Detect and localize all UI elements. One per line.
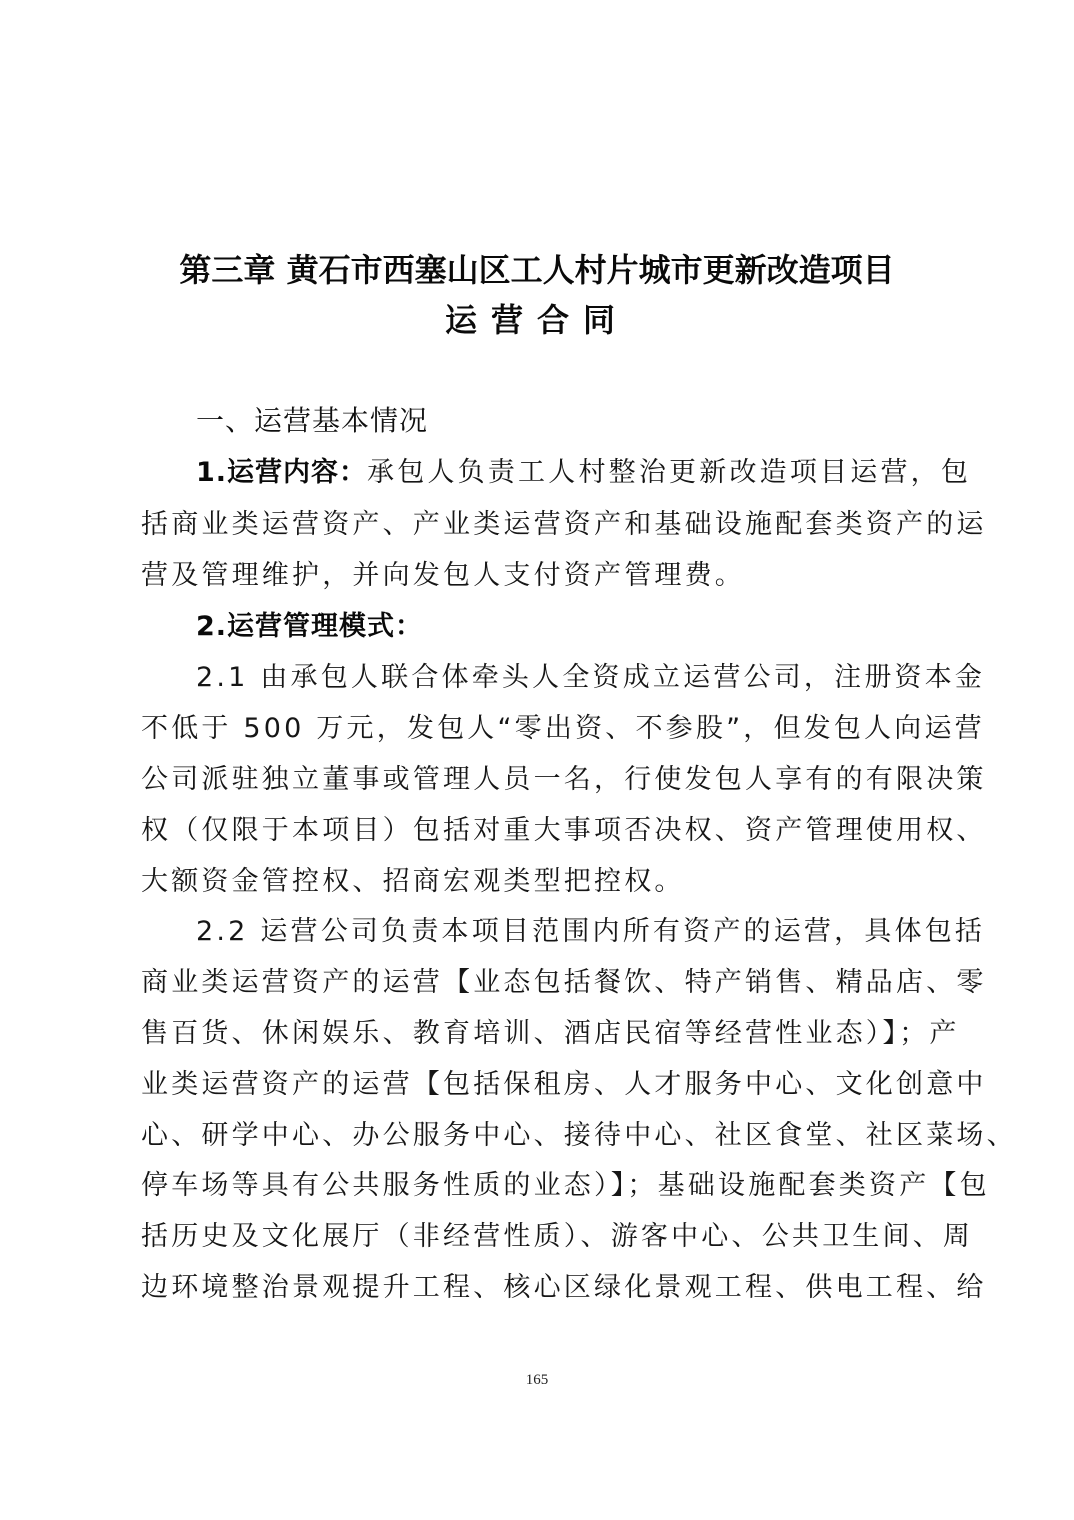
paragraph-line: 括商业类运营资产、产业类运营资产和基础设施配套类资产的运 <box>141 507 941 543</box>
paragraph-line: 1.运营内容：承包人负责工人村整治更新改造项目运营，包 <box>196 455 941 491</box>
paragraph-line: 业类运营资产的运营【包括保租房、人才服务中心、文化创意中 <box>141 1067 941 1103</box>
item-label: 1.运营内容： <box>196 457 367 488</box>
chapter-title: 第三章 黄石市西塞山区工人村片城市更新改造项目 <box>0 250 1074 290</box>
paragraph-line: 2.2 运营公司负责本项目范围内所有资产的运营，具体包括 <box>196 914 941 950</box>
paragraph-line: 边环境整治景观提升工程、核心区绿化景观工程、供电工程、给 <box>141 1270 941 1306</box>
paragraph-line: 权（仅限于本项目）包括对重大事项否决权、资产管理使用权、 <box>141 813 941 849</box>
page-number: 165 <box>0 1372 1074 1389</box>
paragraph-line: 心、研学中心、办公服务中心、接待中心、社区食堂、社区菜场、 <box>141 1118 941 1154</box>
paragraph-line: 售百货、休闲娱乐、教育培训、酒店民宿等经营性业态）】；产 <box>141 1016 941 1052</box>
section-heading: 一、运营基本情况 <box>196 403 941 439</box>
paragraph-line: 2.运营管理模式： <box>196 609 941 645</box>
paragraph-line: 括历史及文化展厅（非经营性质）、游客中心、公共卫生间、周 <box>141 1219 941 1255</box>
paragraph-line: 不低于 500 万元，发包人“零出资、不参股”，但发包人向运营 <box>141 711 941 747</box>
paragraph-line: 公司派驻独立董事或管理人员一名，行使发包人享有的有限决策 <box>141 762 941 798</box>
document-page: 第三章 黄石市西塞山区工人村片城市更新改造项目 运营合同 一、运营基本情况 1.… <box>0 0 1074 1520</box>
paragraph-line: 停车场等具有公共服务性质的业态）】；基础设施配套类资产【包 <box>141 1168 941 1204</box>
contract-title: 运营合同 <box>0 300 1074 340</box>
paragraph-line: 营及管理维护，并向发包人支付资产管理费。 <box>141 558 941 594</box>
paragraph-line: 大额资金管控权、招商宏观类型把控权。 <box>141 864 941 900</box>
paragraph-line: 商业类运营资产的运营【业态包括餐饮、特产销售、精品店、零 <box>141 965 941 1001</box>
item-label: 2.运营管理模式： <box>196 611 423 642</box>
item-text: 承包人负责工人村整治更新改造项目运营，包 <box>367 457 971 488</box>
paragraph-line: 2.1 由承包人联合体牵头人全资成立运营公司，注册资本金 <box>196 660 941 696</box>
